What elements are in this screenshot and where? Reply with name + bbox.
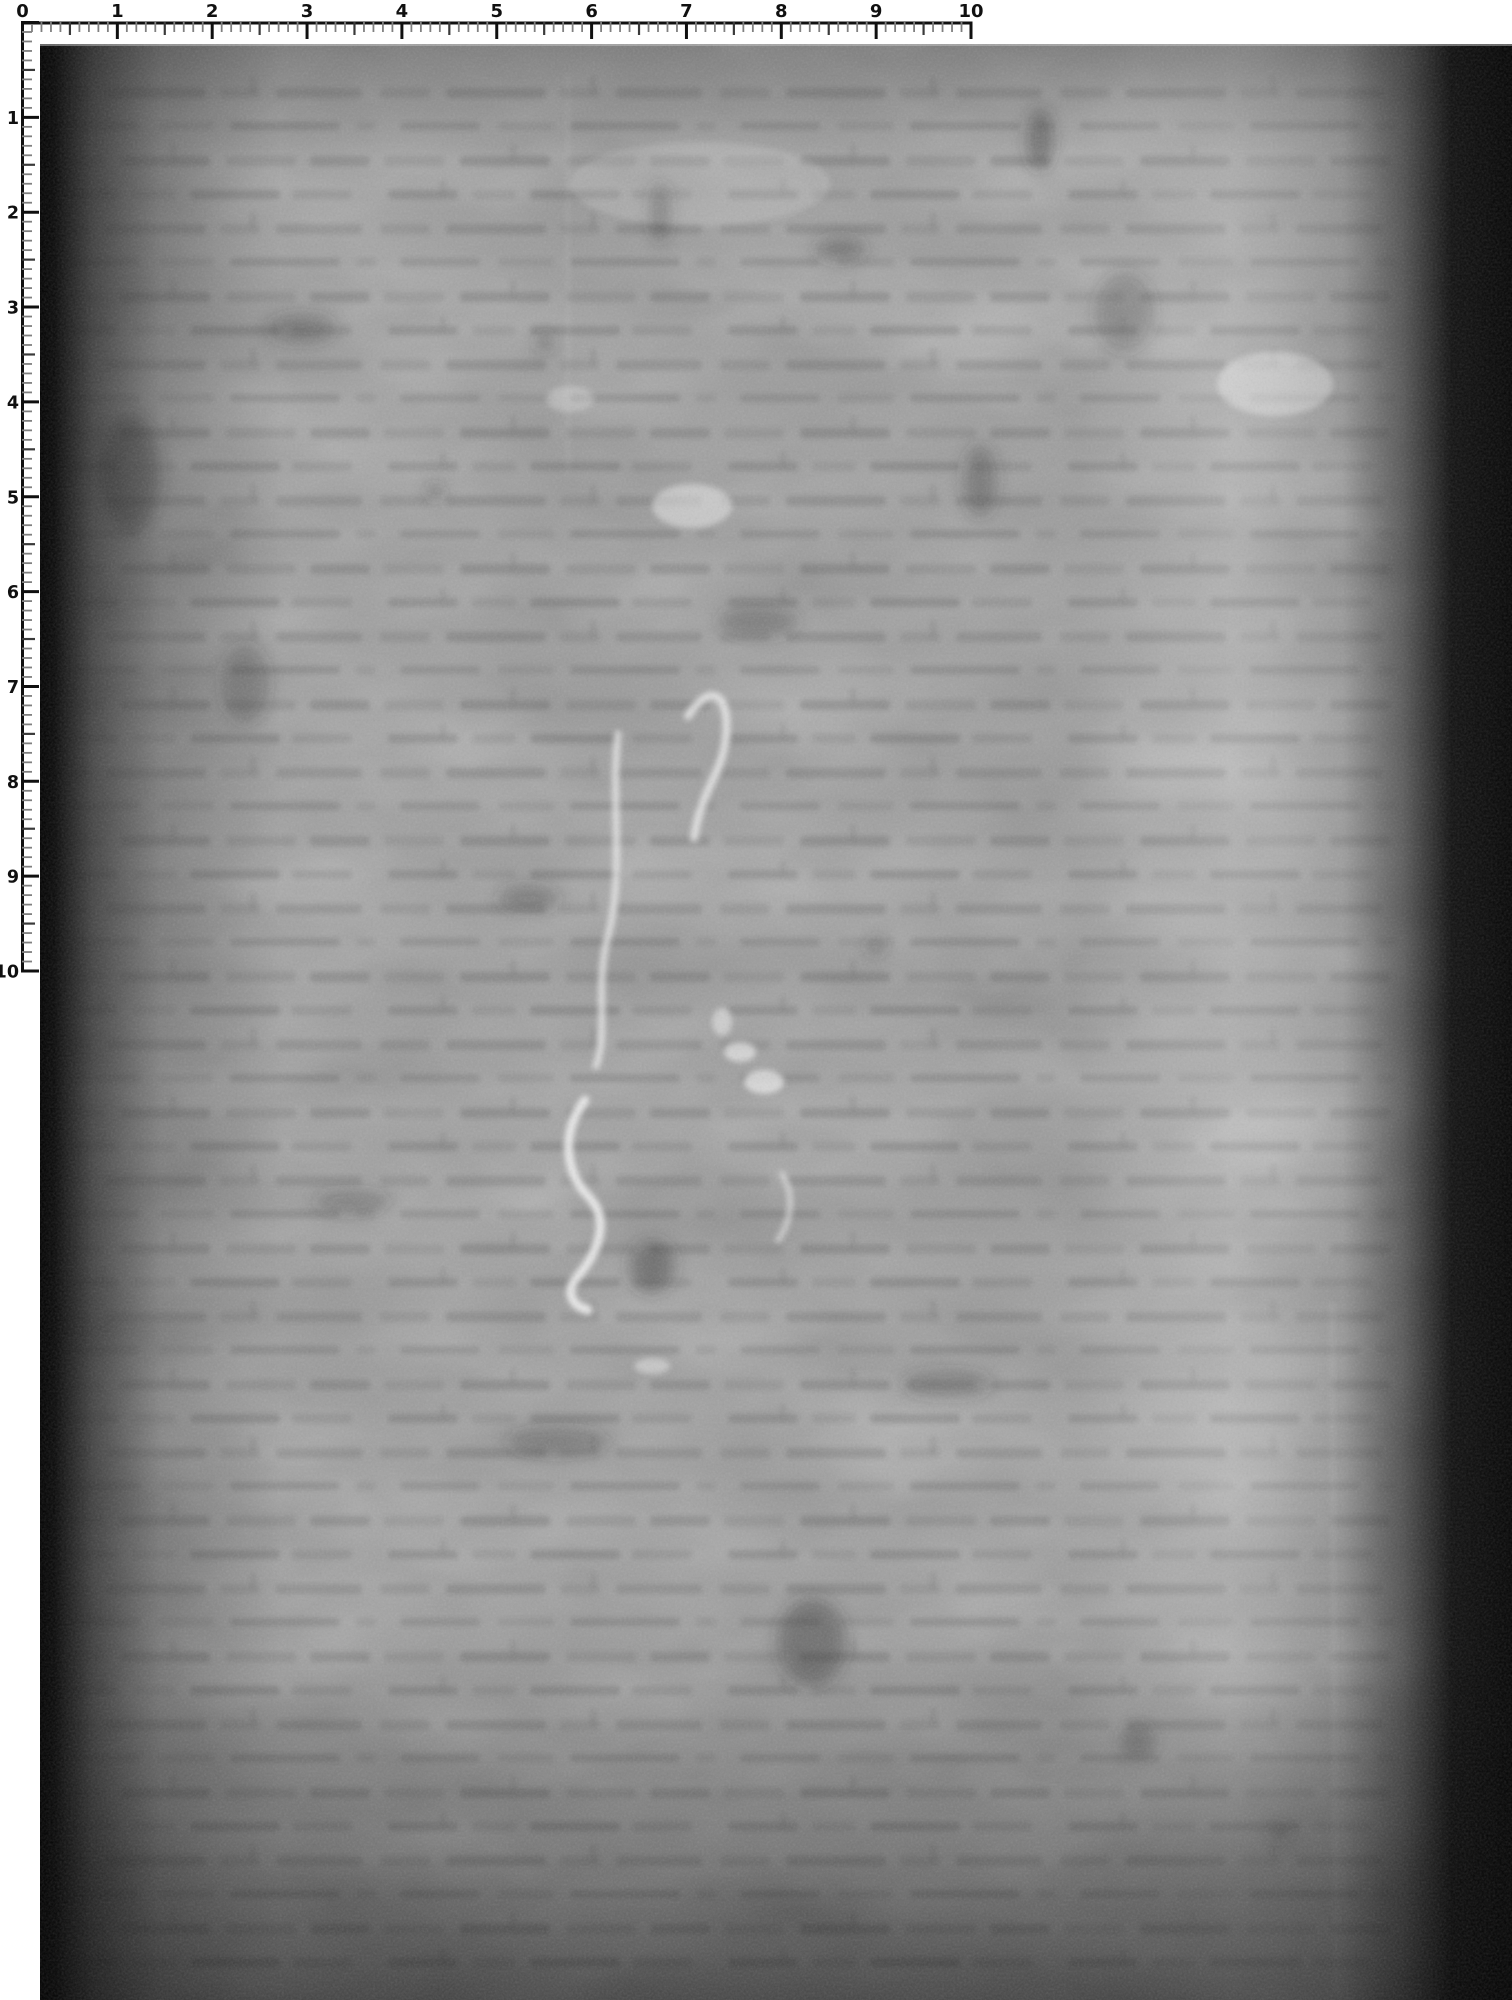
- top-ruler-label-10: 10: [958, 1, 983, 22]
- left-ruler-label-10: 10: [0, 963, 19, 983]
- left-ruler-label-6: 6: [7, 583, 19, 603]
- top-ruler-label-4: 4: [396, 1, 409, 22]
- top-ruler-label-3: 3: [301, 1, 314, 22]
- left-ruler-label-8: 8: [7, 773, 19, 793]
- left-ruler-label-4: 4: [7, 393, 19, 413]
- top-ruler-label-7: 7: [680, 1, 693, 22]
- top-ruler-label-5: 5: [490, 1, 503, 22]
- left-ruler-label-5: 5: [7, 488, 19, 508]
- top-ruler-label-8: 8: [775, 1, 788, 22]
- left-ruler-label-2: 2: [7, 204, 19, 224]
- left-ruler-label-9: 9: [7, 868, 19, 888]
- left-ruler-label-1: 1: [7, 109, 19, 129]
- manuscript-scan: [40, 44, 1512, 2000]
- scan-grain-layer: [40, 44, 1512, 2000]
- manuscript-scan-svg: [40, 44, 1512, 2000]
- top-ruler-label-2: 2: [206, 1, 219, 22]
- left-ruler-label-3: 3: [7, 299, 19, 319]
- top-ruler: 012345678910: [0, 0, 1010, 46]
- top-ruler-label-9: 9: [870, 1, 883, 22]
- top-ruler-label-1: 1: [111, 1, 124, 22]
- scan-page: 012345678910 12345678910: [0, 0, 1512, 2000]
- top-ruler-label-6: 6: [585, 1, 598, 22]
- left-ruler-label-7: 7: [7, 678, 19, 698]
